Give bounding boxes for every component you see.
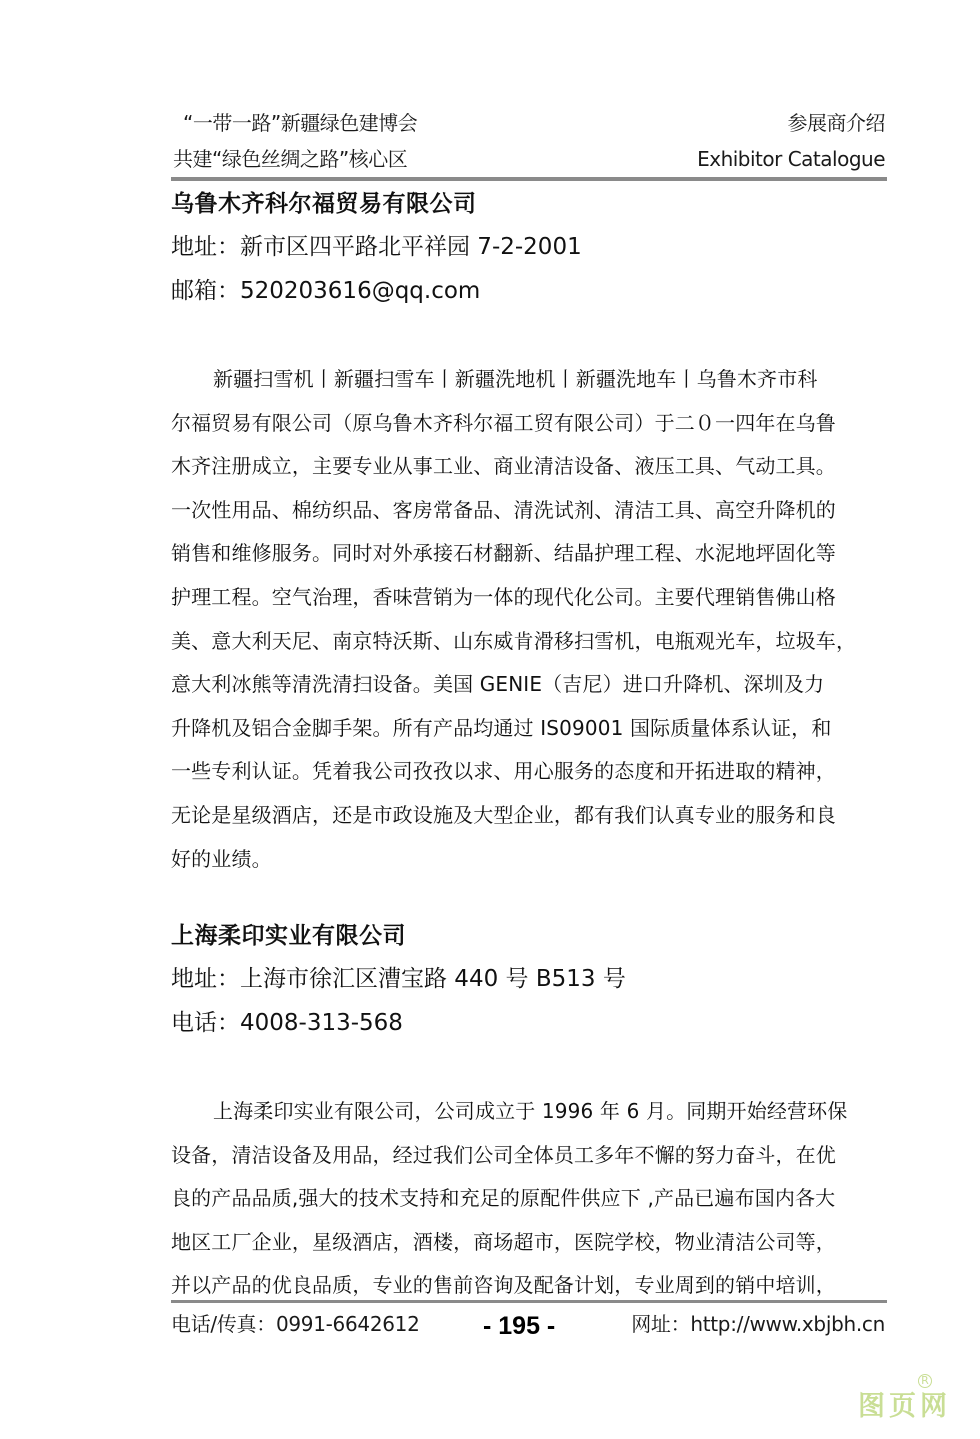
- description-line: 一次性用品、棉纺织品、客房常备品、清洗试剂、清洁工具、高空升降机的: [171, 489, 887, 533]
- header-event-title: “一带一路”新疆绿色建博会: [183, 108, 417, 138]
- watermark-logo: 图页网 R: [858, 1384, 951, 1423]
- company-description: 新疆扫雪机丨新疆扫雪车丨新疆洗地机丨新疆洗地车丨乌鲁木齐市科 尔福贸易有限公司（…: [171, 358, 887, 881]
- description-line: 新疆扫雪机丨新疆扫雪车丨新疆洗地机丨新疆洗地车丨乌鲁木齐市科: [171, 358, 887, 402]
- company-phone: 电话：4008-313-568: [171, 1008, 403, 1038]
- company-address: 地址：上海市徐汇区漕宝路 440 号 B513 号: [171, 964, 626, 994]
- watermark-text: 图页网: [858, 1391, 951, 1422]
- page-number: - 195 -: [483, 1309, 555, 1343]
- description-line: 意大利冰熊等清洗清扫设备。美国 GENIE（吉尼）进口升降机、深圳及力: [171, 663, 887, 707]
- company-email: 邮箱：520203616@qq.com: [171, 276, 480, 306]
- catalogue-page: “一带一路”新疆绿色建博会 参展商介绍 共建“绿色丝绸之路”核心区 Exhibi…: [171, 0, 887, 1439]
- description-line: 美、意大利天尼、南京特沃斯、山东威肯滑移扫雪机，电瓶观光车，垃圾车，: [171, 620, 887, 664]
- description-line: 地区工厂企业，星级酒店，酒楼，商场超市，医院学校，物业清洁公司等，: [171, 1221, 887, 1265]
- footer-divider: [171, 1300, 887, 1303]
- company-address: 地址：新市区四平路北平祥园 7-2-2001: [171, 232, 582, 262]
- header-row-1: “一带一路”新疆绿色建博会 参展商介绍: [171, 108, 885, 138]
- header-row-2: 共建“绿色丝绸之路”核心区 Exhibitor Catalogue: [171, 144, 885, 174]
- description-line: 无论是星级酒店，还是市政设施及大型企业，都有我们认真专业的服务和良: [171, 794, 887, 838]
- footer-phone: 电话/传真：0991-6642612: [171, 1307, 420, 1341]
- description-line: 升降机及铝合金脚手架。所有产品均通过 IS09001 国际质量体系认证，和: [171, 707, 887, 751]
- header-divider: [171, 177, 887, 181]
- description-line: 护理工程。空气治理，香味营销为一体的现代化公司。主要代理销售佛山格: [171, 576, 887, 620]
- company-name: 乌鲁木齐科尔福贸易有限公司: [171, 189, 477, 219]
- description-line: 好的业绩。: [171, 838, 887, 882]
- description-line: 销售和维修服务。同时对外承接石材翻新、结晶护理工程、水泥地坪固化等: [171, 532, 887, 576]
- description-line: 良的产品品质,强大的技术支持和充足的原配件供应下 ,产品已遍布国内各大: [171, 1177, 887, 1221]
- company-name: 上海柔印实业有限公司: [171, 921, 406, 951]
- description-line: 上海柔印实业有限公司，公司成立于 1996 年 6 月。同期开始经营环保: [171, 1090, 887, 1134]
- footer: 电话/传真：0991-6642612 - 195 - 网址：http://www…: [171, 1307, 887, 1341]
- footer-website: 网址：http://www.xbjbh.cn: [631, 1307, 885, 1341]
- header-event-subtitle: 共建“绿色丝绸之路”核心区: [173, 144, 407, 174]
- description-line: 木齐注册成立，主要专业从事工业、商业清洁设备、液压工具、气动工具。: [171, 445, 887, 489]
- description-line: 一些专利认证。凭着我公司孜孜以求、用心服务的态度和开拓进取的精神，: [171, 750, 887, 794]
- company-description: 上海柔印实业有限公司，公司成立于 1996 年 6 月。同期开始经营环保 设备，…: [171, 1090, 887, 1308]
- description-line: 尔福贸易有限公司（原乌鲁木齐科尔福工贸有限公司）于二０一四年在乌鲁: [171, 402, 887, 446]
- registered-trademark-icon: R: [918, 1374, 932, 1388]
- header-section-title: 参展商介绍: [788, 108, 886, 138]
- description-line: 设备，清洁设备及用品，经过我们公司全体员工多年不懈的努力奋斗，在优: [171, 1134, 887, 1178]
- header-section-subtitle: Exhibitor Catalogue: [697, 144, 885, 174]
